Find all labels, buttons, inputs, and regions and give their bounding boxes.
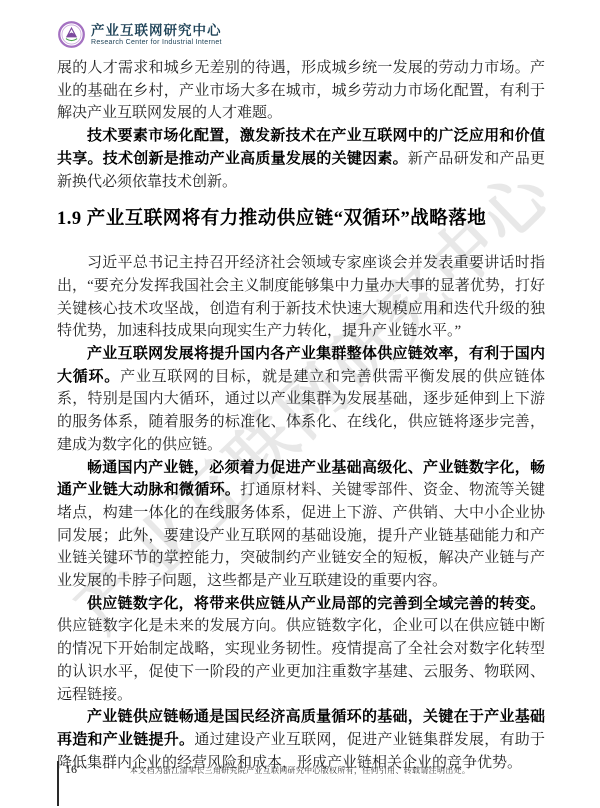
paragraph-text: 展的人才需求和城乡无差别的待遇，形成城乡统一发展的劳动力市场。产业的基础在乡村，… <box>57 60 545 121</box>
paragraph-text: 习近平总书记主持召开经济社会领域专家座谈会并发表重要讲话时指出，“要充分发挥我国… <box>57 255 545 339</box>
copyright-notice: 本文档为浙江清华长三角研究院产业互联网研究中心版权所有，任何引用、转载请注明出处… <box>0 765 600 776</box>
page-header: 产业互联网研究中心 Research Center for Industrial… <box>58 21 222 48</box>
org-emblem-icon <box>58 21 85 48</box>
paragraph: 畅通国内产业链，必须着力促进产业基础高级化、产业链数字化，畅通产业链大动脉和微循… <box>57 457 545 593</box>
paragraph: 展的人才需求和城乡无差别的待遇，形成城乡统一发展的劳动力市场。产业的基础在乡村，… <box>57 57 545 125</box>
document-content: 展的人才需求和城乡无差别的待遇，形成城乡统一发展的劳动力市场。产业的基础在乡村，… <box>57 57 545 774</box>
org-logo-text: 产业互联网研究中心 Research Center for Industrial… <box>91 21 222 47</box>
org-name-en: Research Center for Industrial Internet <box>91 38 222 47</box>
paragraph-text: 产业互联网的目标，就是建立和完善供需平衡发展的供应链体系，特别是国内大循环，通过… <box>57 369 545 453</box>
paragraph: 产业互联网发展将提升国内各产业集群整体供应链效率，有利于国内大循环。产业互联网的… <box>57 343 545 457</box>
paragraph: 供应链数字化，将带来供应链从产业局部的完善到全域完善的转变。供应链数字化是未来的… <box>57 593 545 707</box>
document-page: 产业互联网研究中心 产业互联网研究中心 Research Center for … <box>0 0 600 808</box>
paragraph-text: 供应链数字化是未来的发展方向。供应链数字化，企业可以在供应链中断的情况下开始制定… <box>57 618 545 702</box>
paragraph-text: 打通原材料、关键零部件、资金、物流等关键堵点，构建一体化的在线服务体系，促进上下… <box>57 482 545 589</box>
paragraph: 习近平总书记主持召开经济社会领域专家座谈会并发表重要讲话时指出，“要充分发挥我国… <box>57 252 545 343</box>
org-name-cn: 产业互联网研究中心 <box>91 23 222 38</box>
section-heading: 1.9 产业互联网将有力推动供应链“双循环”战略落地 <box>57 206 545 233</box>
paragraph: 技术要素市场化配置，激发新技术在产业互联网中的广泛应用和价值共享。技术创新是推动… <box>57 125 545 193</box>
paragraph-bold-text: 供应链数字化，将带来供应链从产业局部的完善到全域完善的转变。 <box>87 596 545 612</box>
